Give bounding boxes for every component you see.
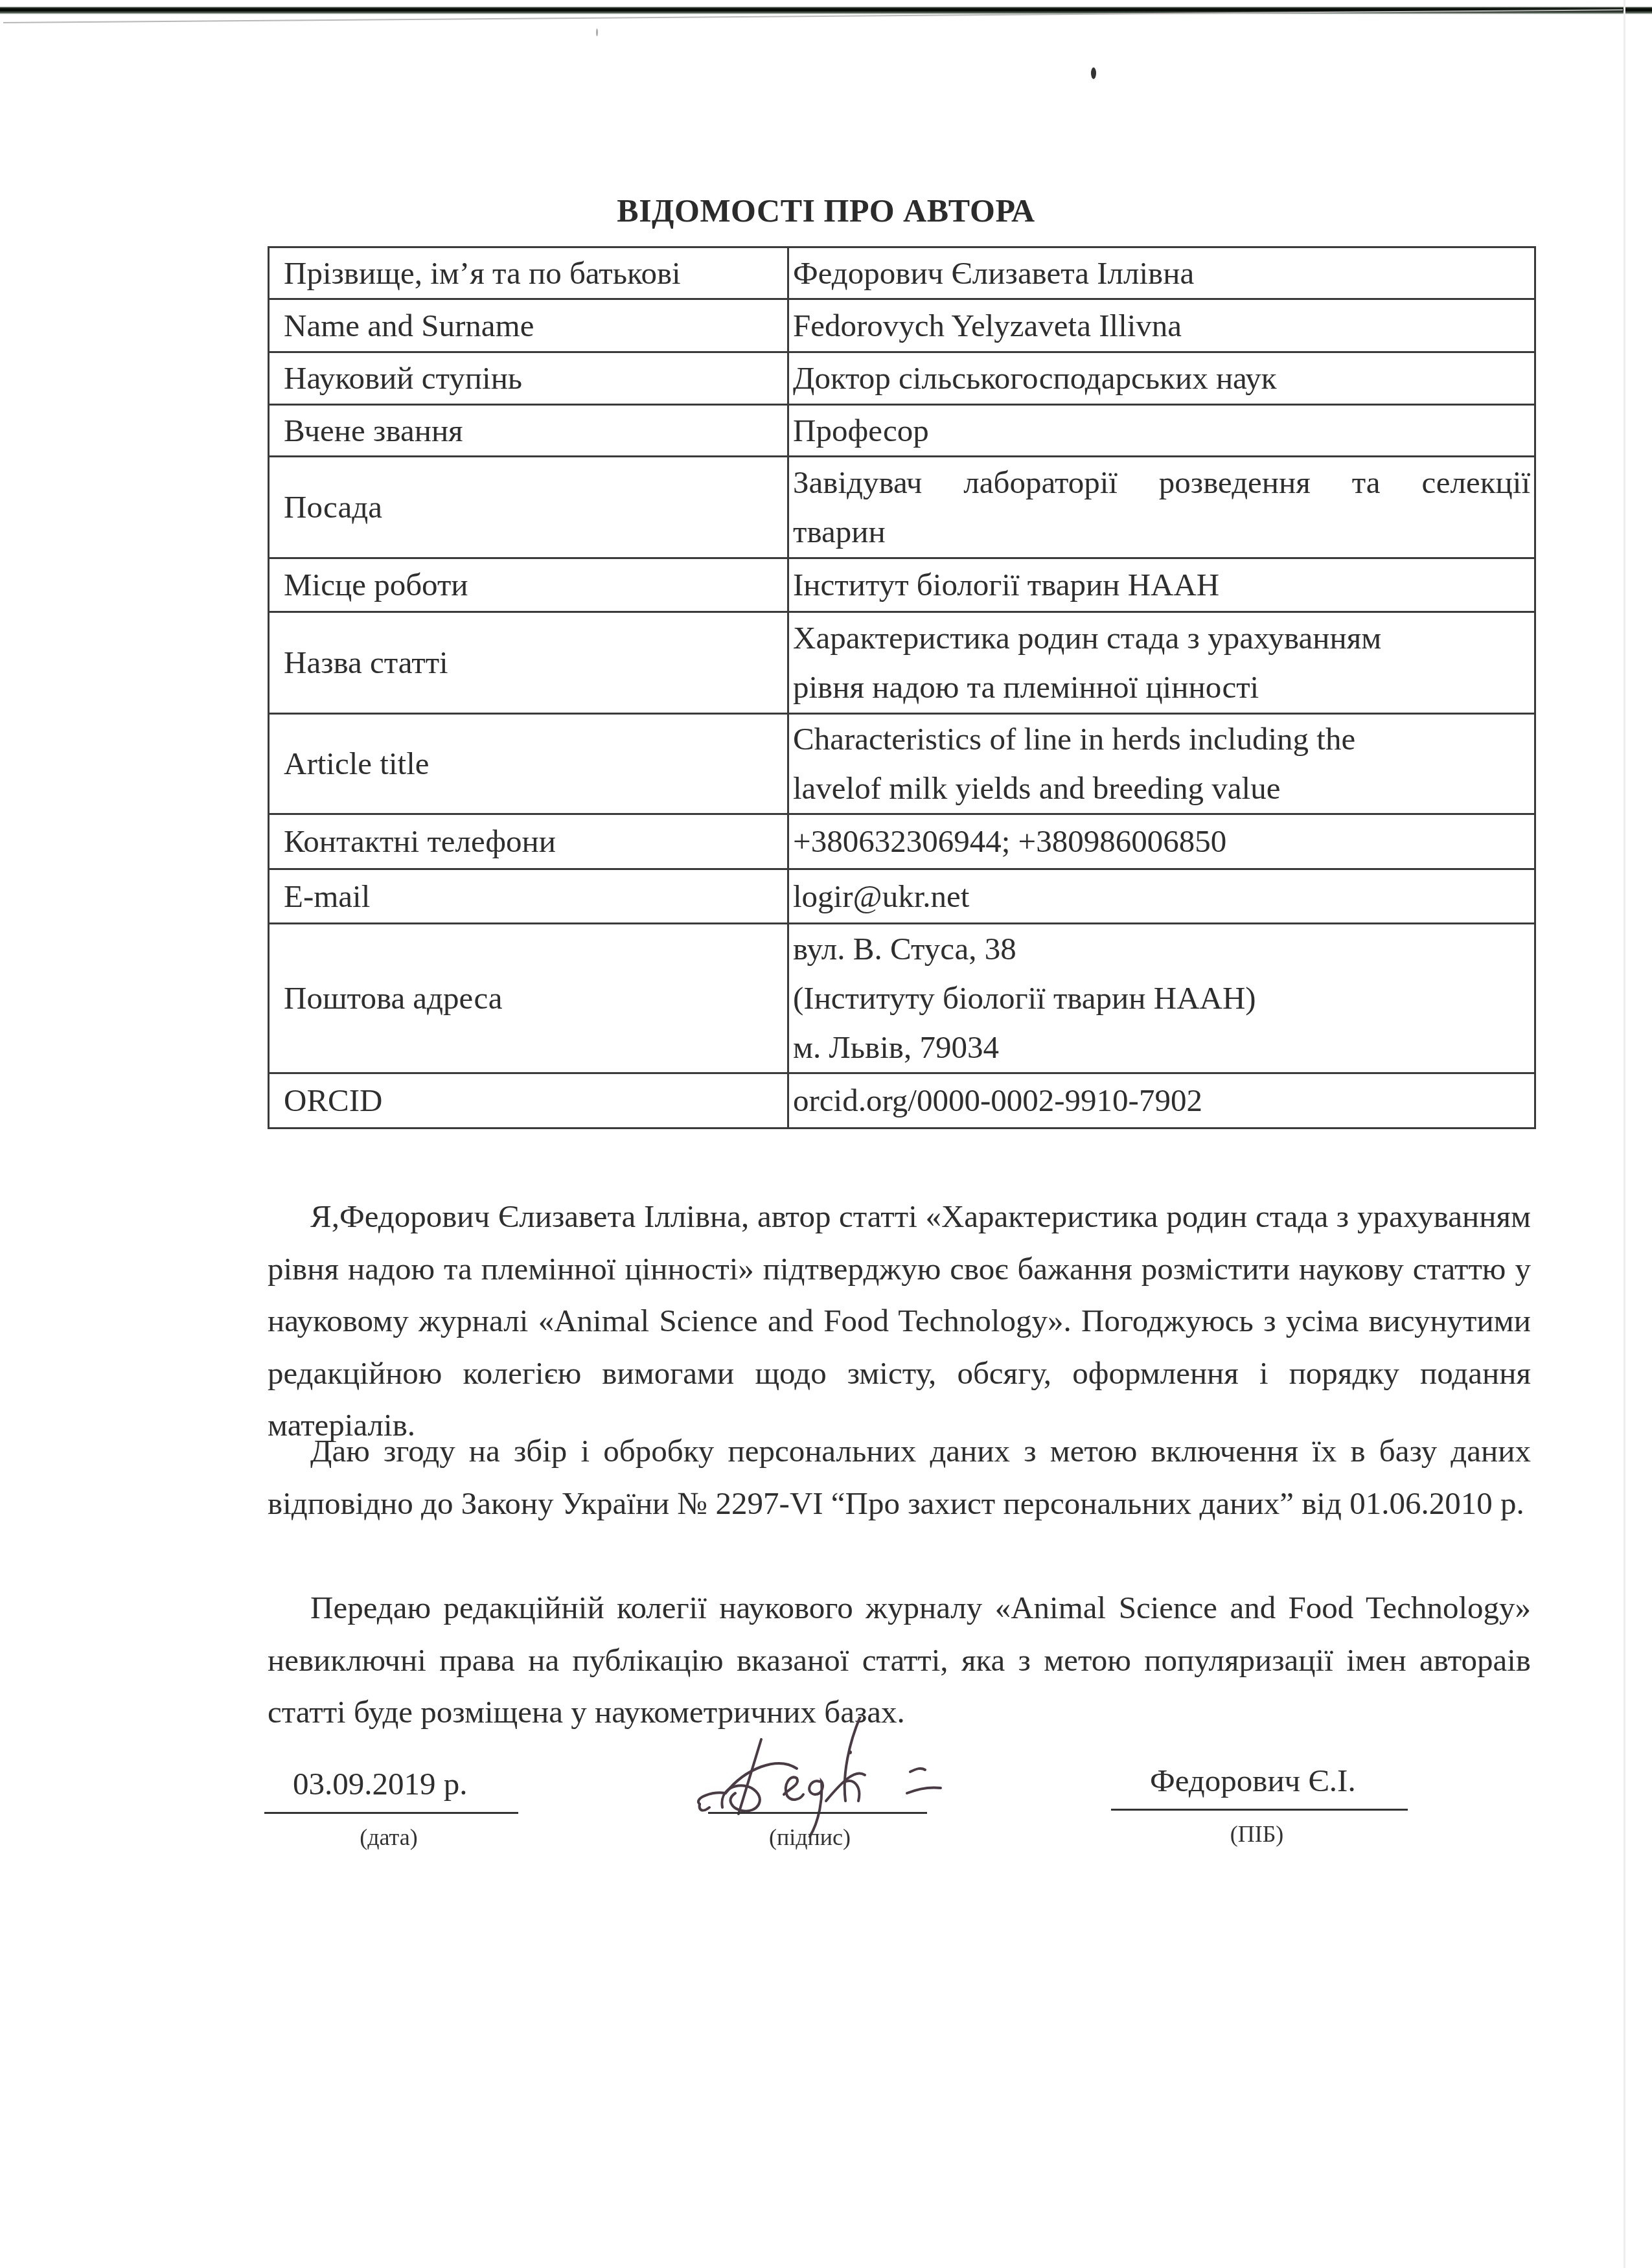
table-row: Науковий ступінь Доктор сільськогосподар… xyxy=(269,352,1535,405)
row-value: logir@ukr.net xyxy=(788,869,1535,924)
table-row: Прізвище, ім’я та по батькові Федорович … xyxy=(269,247,1535,299)
author-info-table: Прізвище, ім’я та по батькові Федорович … xyxy=(268,246,1536,1129)
table-row: Посада Завідувач лабораторії розведення … xyxy=(269,457,1535,558)
row-value: Федорович Єлизавета Іллівна xyxy=(788,247,1535,299)
scan-right-edge xyxy=(1623,0,1625,2268)
row-value: Завідувач лабораторії розведення та селе… xyxy=(788,457,1535,558)
table-row: Контактні телефони +380632306944; +38098… xyxy=(269,814,1535,869)
row-label: Контактні телефони xyxy=(269,814,788,869)
row-value: Characteristics of line in herds includi… xyxy=(788,714,1535,814)
scan-speck xyxy=(596,29,598,36)
row-value-line: Завідувач лабораторії розведення та селе… xyxy=(793,458,1530,507)
row-value: Інститут біології тварин НААН xyxy=(788,558,1535,612)
row-label: Вчене звання xyxy=(269,405,788,457)
row-value-line: (Інституту біології тварин НААН) xyxy=(793,974,1530,1023)
consent-paragraph-1: Я,Федорович Єлизавета Іллівна, автор ста… xyxy=(268,1191,1531,1452)
page-title: ВІДОМОСТІ ПРО АВТОРА xyxy=(0,192,1652,229)
row-value: Професор xyxy=(788,405,1535,457)
table-row: Назва статті Характеристика родин стада … xyxy=(269,612,1535,714)
scan-speck xyxy=(1091,67,1096,79)
signature-caption: (підпис) xyxy=(739,1824,881,1851)
name-value: Федорович Є.І. xyxy=(1150,1762,1356,1799)
consent-paragraph-3: Передаю редакційній колегії наукового жу… xyxy=(268,1582,1531,1739)
row-label: Назва статті xyxy=(269,612,788,714)
row-value: вул. В. Стуса, 38 (Інституту біології тв… xyxy=(788,924,1535,1073)
row-label: ORCID xyxy=(269,1073,788,1128)
row-value: +380632306944; +380986006850 xyxy=(788,814,1535,869)
consent-paragraph-2: Даю згоду на збір і обробку персональних… xyxy=(268,1425,1531,1529)
table-row: Article title Characteristics of line in… xyxy=(269,714,1535,814)
row-label: Науковий ступінь xyxy=(269,352,788,405)
table-row: Місце роботи Інститут біології тварин НА… xyxy=(269,558,1535,612)
row-label: Name and Surname xyxy=(269,299,788,352)
table-row: E-mail logir@ukr.net xyxy=(269,869,1535,924)
row-value: Fedorovych Yelyzaveta Illivna xyxy=(788,299,1535,352)
row-value-line: Characteristics of line in herds includi… xyxy=(793,715,1530,764)
row-label: Посада xyxy=(269,457,788,558)
row-label: Поштова адреса xyxy=(269,924,788,1073)
date-underline xyxy=(264,1812,518,1814)
table-row: ORCID orcid.org/0000-0002-9910-7902 xyxy=(269,1073,1535,1128)
name-caption: (ПІБ) xyxy=(1192,1820,1322,1848)
row-value-line: вул. В. Стуса, 38 xyxy=(793,924,1530,974)
row-value-line: тварин xyxy=(793,507,1530,556)
date-value: 03.09.2019 р. xyxy=(293,1765,468,1802)
row-value: orcid.org/0000-0002-9910-7902 xyxy=(788,1073,1535,1128)
row-label: Місце роботи xyxy=(269,558,788,612)
row-label: Article title xyxy=(269,714,788,814)
row-label: E-mail xyxy=(269,869,788,924)
table-row: Name and Surname Fedorovych Yelyzaveta I… xyxy=(269,299,1535,352)
signature-underline xyxy=(708,1812,927,1814)
row-value: Доктор сільськогосподарських наук xyxy=(788,352,1535,405)
row-value-line: м. Львів, 79034 xyxy=(793,1023,1530,1072)
table-row: Вчене звання Професор xyxy=(269,405,1535,457)
row-value-line: lavelof milk yields and breeding value xyxy=(793,764,1530,813)
row-value: Характеристика родин стада з урахуванням… xyxy=(788,612,1535,714)
row-value-line: рівня надою та племінної цінності xyxy=(793,663,1530,712)
table-row: Поштова адреса вул. В. Стуса, 38 (Інстит… xyxy=(269,924,1535,1073)
name-underline xyxy=(1111,1809,1408,1811)
date-caption: (дата) xyxy=(324,1824,453,1851)
row-value-line: Характеристика родин стада з урахуванням xyxy=(793,613,1530,663)
row-label: Прізвище, ім’я та по батькові xyxy=(269,247,788,299)
